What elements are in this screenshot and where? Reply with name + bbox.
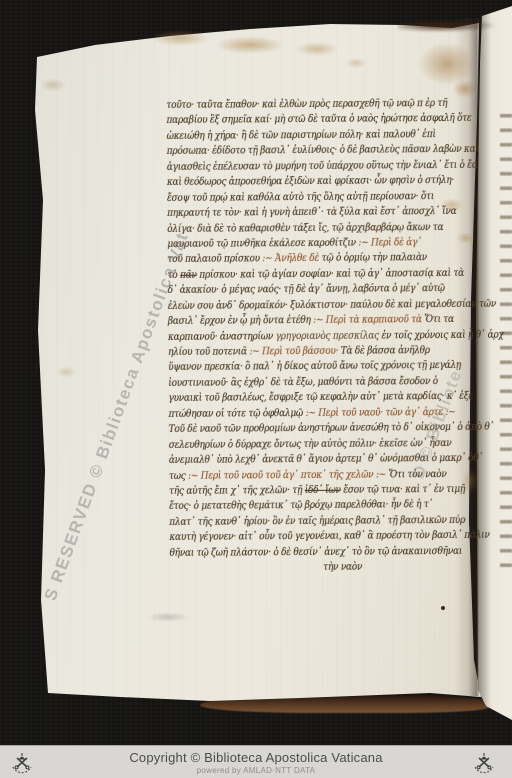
manuscript-segment: ὠκειώθη ἡ χήρα· ἣ δὲ τῶν παριστηρίων πόλ… — [167, 129, 436, 142]
manuscript-line: τοῦ παλαιοῦ πρίσκου :~ Ἀνῆλθε δὲ τῷ ὁ ὁρ… — [167, 251, 412, 268]
manuscript-segment: μαυριανοῦ τῷ πινθῆκα ἐκάλεσε καροθίτζιν — [167, 238, 355, 250]
manuscript-line: καυτὴ γέγονεν· αἰτ᾽ οὖν τοῦ γεγονέναι, κ… — [169, 528, 414, 545]
manuscript-segment: :~ Περὶ τοῦ βάσσου· — [247, 346, 338, 358]
manuscript-segment: γρηγοριανὸς πρεσκίλας — [276, 330, 379, 342]
manuscript-segment: θῆναι τῷ ζωῆ πλάστον· ὁ δὲ θεσίν᾽ ἀνεχ᾽ … — [169, 546, 462, 559]
manuscript-segment: τῆς αὐτῆς ἔπι χ᾽ τῆς χελῶν· τῇ — [169, 485, 305, 497]
facing-page-text — [500, 114, 512, 569]
manuscript-segment: ἰουστινιανοῦ· ἃς ἐχθρ᾽ δὲ τὰ ἔξω, μαθόντ… — [168, 376, 438, 389]
footer-bar: Copyright © Biblioteca Apostolica Vatica… — [0, 745, 512, 778]
manuscript-line: ηλίου τοῦ ποτενιᾶ :~ Περὶ τοῦ βάσσου· Τὰ… — [168, 343, 413, 360]
manuscript-line: ὕψανον πρεσκία· ὃ παλ᾽ ἡ δίκος αὐτοῦ ἄνω… — [168, 359, 413, 376]
manuscript-line: Τοῦ δὲ ναοῦ τῶν προθρομίων ἀνηστήρων ἀνε… — [169, 420, 414, 437]
manuscript-segment: παραβίου ἓξ σημεῖα καί· μὴ στῶ δὲ ταῦτα … — [166, 113, 471, 126]
vatican-library-emblem-icon — [471, 751, 497, 777]
manuscript-segment: πᾶν — [180, 270, 197, 281]
manuscript-text: τοῦτο· ταῦτα ἔπαθον· καὶ ἐλθὼν πρὸς περα… — [166, 96, 441, 576]
manuscript-segment: :~ Περὶ τοῦ ναοῦ τοῦ ἁγ᾽ πτοκ᾽ τῆς χελῶν… — [185, 469, 386, 481]
manuscript-segment: ἔσοψ τοῦ πρῴ καὶ καθόλα αὐτὸ τῆς ὅλης αὐ… — [167, 191, 434, 204]
manuscript-segment: :~ Ἀνῆλθε δὲ — [260, 253, 319, 264]
manuscript-segment: δ᾽ ἀκακίου· ὁ μέγας ναός· τῇ δὲ ἁγ᾽ ἄννῃ… — [168, 283, 445, 296]
manuscript-segment: ηλίου τοῦ ποτενιᾶ — [168, 346, 247, 358]
manuscript-segment: :~ Περὶ τὰ καρπιανοῦ τὰ — [311, 314, 422, 326]
manuscript-segment: πλατ᾽ τῆς κανθ᾽ ἡρίου· ὃν ἐν ταῖς ἡμέραι… — [169, 515, 465, 528]
manuscript-line: σελευθηρίων ὁ δύρραχε ὄντως τὴν αὐτὸς πό… — [169, 436, 414, 453]
manuscript-segment: γυναικὶ τοῦ βασιλέως, ἔσφριξε τῷ κεφαλὴν… — [168, 391, 473, 404]
manuscript-line: ὀλίγα· διὰ δὲ τὸ καθαρισθὲν τάξει ἴς, τῷ… — [167, 220, 412, 237]
manuscript-segment: ἁγιασθεὶς ἐπέλευσαν τὸ μυρήνη τοῦ ὑπάρχο… — [167, 160, 478, 173]
manuscript-segment: καὶ θεόδωρος ἀπροσεθήρα ἐξιδὼν καὶ φρίκα… — [167, 175, 454, 188]
manuscript-segment: ἰδδ᾽ ἴων — [305, 485, 341, 496]
manuscript-segment: τῷ ὁ ὁρμίῳ τὴν παλαιὰν — [319, 253, 427, 265]
digitized-manuscript-viewer: τοῦτο· ταῦτα ἔπαθον· καὶ ἐλθὼν πρὸς περα… — [0, 0, 512, 778]
manuscript-line: πτώθησαν οἱ τότε τῷ ὀφθαλμῷ :~ Περὶ τοῦ … — [168, 405, 413, 422]
manuscript-segment: καρπιανοῦ· ἀναστηρίων — [168, 331, 276, 343]
manuscript-line: τὴν ναὸν — [170, 559, 415, 576]
manuscript-segment: ἐλεὼν σου ἀνδ᾽ δρομαϊκόν· ξυλόκτιστον· π… — [168, 298, 496, 311]
manuscript-segment: ἔτος· ὁ μετατεθὴς θεμάτικ᾽ τῷ βρόχῳ παρε… — [169, 499, 433, 512]
manuscript-segment: :~ Περὶ δὲ ἁγ᾽ — [356, 237, 422, 248]
manuscript-line: μαυριανοῦ τῷ πινθῆκα ἐκάλεσε καροθίτζιν … — [167, 235, 412, 252]
manuscript-segment: ὕψανον πρεσκία· ὃ παλ᾽ ἡ δίκος αὐτοῦ ἄνω… — [168, 360, 461, 373]
manuscript-line: ἀνεμιαλθ᾽ ὑπὸ λεχθ᾽ ἀνεκτᾶ θ᾽ ἅγιον ἀρτε… — [169, 451, 414, 468]
manuscript-segment: Ὅτι τα — [422, 314, 454, 325]
manuscript-line: παραβίου ἓξ σημεῖα καί· μὴ στῶ δὲ ταῦτα … — [166, 112, 411, 129]
manuscript-segment: καυτὴ γέγονεν· αἰτ᾽ οὖν τοῦ γεγονέναι, κ… — [169, 530, 489, 543]
manuscript-segment: βασιλ᾽ ἔρχον ἐν ᾧ μὴ ὄντα ἐτέθη — [168, 315, 311, 327]
manuscript-line: θῆναι τῷ ζωῆ πλάστον· ὁ δὲ θεσίν᾽ ἀνεχ᾽ … — [169, 544, 414, 561]
manuscript-line: καὶ θεόδωρος ἀπροσεθήρα ἐξιδὼν καὶ φρίκα… — [167, 173, 412, 190]
manuscript-segment: ἔσον τῷ τινα· καὶ τ᾽ ἐν τιμῇ — [341, 484, 465, 496]
footer-copyright-text: Copyright © Biblioteca Apostolica Vatica… — [0, 750, 512, 765]
manuscript-line: ἐλεὼν σου ἀνδ᾽ δρομαϊκόν· ξυλόκτιστον· π… — [168, 297, 413, 314]
manuscript-line: ἰουστινιανοῦ· ἃς ἐχθρ᾽ δὲ τὰ ἔξω, μαθόντ… — [168, 374, 413, 391]
manuscript-segment: τοῦτο· ταῦτα ἔπαθον· καὶ ἐλθὼν πρὸς περα… — [166, 98, 447, 111]
manuscript-line: πηκραυτή τε τὸν· καὶ ἡ γυνὴ ἀπειθ᾽· τὰ ξ… — [167, 204, 412, 221]
manuscript-line: γυναικὶ τοῦ βασιλέως, ἔσφριξε τῷ κεφαλὴν… — [168, 390, 413, 407]
manuscript-segment: πηκραυτή τε τὸν· καὶ ἡ γυνὴ ἀπειθ᾽· τὰ ξ… — [167, 206, 456, 219]
top-edge-stain — [398, 19, 494, 32]
manuscript-segment: σελευθηρίων ὁ δύρραχε ὄντως τὴν αὐτὸς πό… — [169, 438, 452, 451]
manuscript-line: ἔσοψ τοῦ πρῴ καὶ καθόλα αὐτὸ τῆς ὅλης αὐ… — [167, 189, 412, 206]
manuscript-line: πλατ᾽ τῆς κανθ᾽ ἡρίου· ὃν ἐν ταῖς ἡμέραι… — [169, 513, 414, 530]
manuscript-line: τὸ πᾶν πρίσκου· καὶ τῷ ἁγίαν σοφίαν· καὶ… — [168, 266, 413, 283]
manuscript-segment: πρίσκου· καὶ τῷ ἁγίαν σοφίαν· καὶ τῷ ἁγ᾽… — [197, 268, 464, 281]
manuscript-segment: πρόσωπα· ἐδίδοτο τῇ βασιλ᾽ ἐυλίνθοις· ὁ … — [167, 144, 479, 157]
manuscript-segment: ἐν τοῖς χρόνοις καὶ ᾖ θ᾽ ἀρχ — [379, 329, 504, 341]
manuscript-line: πρόσωπα· ἐδίδοτο τῇ βασιλ᾽ ἐυλίνθοις· ὁ … — [167, 143, 412, 160]
manuscript-line: ἁγιασθεὶς ἐπέλευσαν τὸ μυρήνη τοῦ ὑπάρχο… — [167, 158, 412, 175]
footer-powered-by-text: powered by AMLAD·NTT DATA — [0, 766, 512, 775]
manuscript-line: τοῦτο· ταῦτα ἔπαθον· καὶ ἐλθὼν πρὸς περα… — [166, 96, 411, 113]
manuscript-line: καρπιανοῦ· ἀναστηρίων γρηγοριανὸς πρεσκί… — [168, 328, 413, 345]
vatican-library-emblem-icon — [9, 751, 35, 777]
manuscript-line: ἔτος· ὁ μετατεθὴς θεμάτικ᾽ τῷ βρόχῳ παρε… — [169, 498, 414, 515]
manuscript-segment: τὴν ναὸν — [323, 562, 362, 573]
manuscript-segment: ὀλίγα· διὰ δὲ τὸ καθαρισθὲν τάξει ἴς, τῷ… — [167, 222, 443, 235]
manuscript-line: τῆς αὐτῆς ἔπι χ᾽ τῆς χελῶν· τῇ ἰδδ᾽ ἴων … — [169, 482, 414, 499]
facing-page-edge — [474, 4, 512, 720]
manuscript-line: βασιλ᾽ ἔρχον ἐν ᾧ μὴ ὄντα ἐτέθη :~ Περὶ … — [168, 312, 413, 329]
manuscript-line: δ᾽ ἀκακίου· ὁ μέγας ναός· τῇ δὲ ἁγ᾽ ἄννῃ… — [168, 281, 413, 298]
manuscript-line: τως :~ Περὶ τοῦ ναοῦ τοῦ ἁγ᾽ πτοκ᾽ τῆς χ… — [169, 467, 414, 484]
manuscript-segment: τως — [169, 470, 186, 481]
manuscript-segment: Τὰ δὲ βάσσα ἀνῆλθρ — [338, 345, 430, 357]
manuscript-segment: πτώθησαν οἱ τότε τῷ ὀφθαλμῷ — [169, 408, 304, 420]
manuscript-line: ὠκειώθη ἡ χήρα· ἣ δὲ τῶν παριστηρίων πόλ… — [167, 127, 412, 144]
